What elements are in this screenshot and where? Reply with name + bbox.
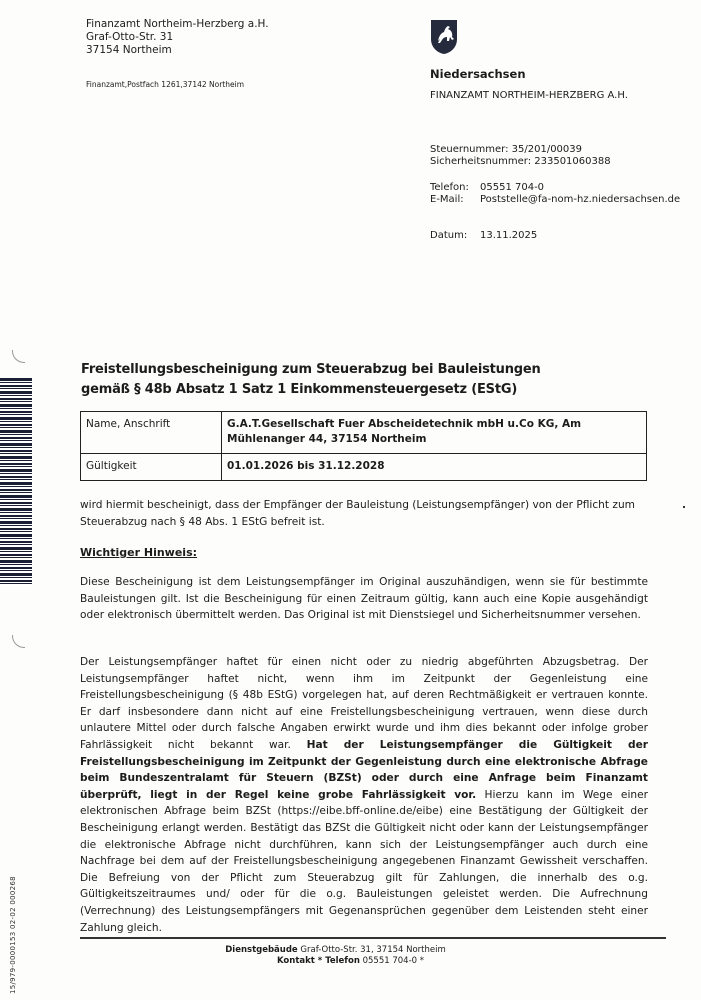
footer: Dienstgebäude Graf-Otto-Str. 31, 37154 N… [0, 945, 701, 967]
return-address: Finanzamt,Postfach 1261,37142 Northeim [86, 80, 244, 89]
table-row: Name, Anschrift G.A.T.Gesellschaft Fuer … [81, 412, 647, 454]
title-line-2: gemäß § 48b Absatz 1 Satz 1 Einkommenste… [81, 380, 541, 400]
security-number: Sicherheitsnummer: 233501060388 [430, 156, 611, 168]
sender-line-3: 37154 Northeim [86, 44, 269, 57]
phone-label: Telefon: [430, 182, 480, 194]
sender-line-2: Graf-Otto-Str. 31 [86, 31, 269, 44]
phone-value: 05551 704-0 [480, 182, 544, 193]
validity-value: 01.01.2026 bis 31.12.2028 [222, 454, 647, 481]
contact-label: Kontakt * Telefon [277, 956, 360, 966]
scan-speck [683, 506, 685, 508]
important-notice-heading: Wichtiger Hinweis: [80, 546, 197, 559]
date-label: Datum: [430, 230, 480, 242]
footer-divider [80, 937, 666, 939]
title-line-1: Freistellungsbescheinigung zum Steuerabz… [81, 360, 541, 380]
tax-number: Steuernummer: 35/201/00039 [430, 144, 611, 156]
name-label: Name, Anschrift [81, 412, 222, 454]
table-row: Gültigkeit 01.01.2026 bis 31.12.2028 [81, 454, 647, 481]
verification-text: Hierzu kann im Wege einer elektronischen… [80, 789, 648, 934]
email-value: Poststelle@fa-nom-hz.niedersachsen.de [480, 194, 680, 205]
name-value: G.A.T.Gesellschaft Fuer Abscheidetechnik… [222, 412, 647, 454]
punch-hole-mark [12, 350, 25, 363]
date-value: 13.11.2025 [480, 230, 537, 241]
office-name: FINANZAMT NORTHEIM-HERZBERG A.H. [430, 90, 628, 101]
sender-address: Finanzamt Northeim-Herzberg a.H. Graf-Ot… [86, 18, 269, 57]
certificate-table: Name, Anschrift G.A.T.Gesellschaft Fuer … [80, 411, 647, 481]
document-title: Freistellungsbescheinigung zum Steuerabz… [81, 360, 541, 400]
validity-label: Gültigkeit [81, 454, 222, 481]
tax-info: Steuernummer: 35/201/00039 Sicherheitsnu… [430, 144, 611, 168]
building-value: Graf-Otto-Str. 31, 37154 Northeim [298, 945, 446, 955]
email-label: E-Mail: [430, 194, 480, 206]
certification-statement: wird hiermit bescheinigt, dass der Empfä… [80, 497, 648, 530]
contact-info: Telefon:05551 704-0 E-Mail:Poststelle@fa… [430, 182, 680, 206]
sender-line-1: Finanzamt Northeim-Herzberg a.H. [86, 18, 269, 31]
liability-text: Der Leistungsempfänger haftet für einen … [80, 656, 648, 751]
building-label: Dienstgebäude [225, 945, 297, 955]
lower-saxony-horse-crest-icon [430, 19, 458, 55]
punch-hole-mark [12, 635, 25, 648]
contact-value: 05551 704-0 * [360, 956, 424, 966]
notice-paragraph-1: Diese Bescheinigung ist dem Leistungsemp… [80, 574, 648, 624]
barcode-icon [0, 378, 32, 586]
notice-paragraph-2: Der Leistungsempfänger haftet für einen … [80, 654, 648, 936]
side-reference-code: 15/979-0000153 02-02 000268 [9, 864, 17, 994]
date-info: Datum:13.11.2025 [430, 230, 537, 242]
state-name: Niedersachsen [430, 67, 526, 81]
